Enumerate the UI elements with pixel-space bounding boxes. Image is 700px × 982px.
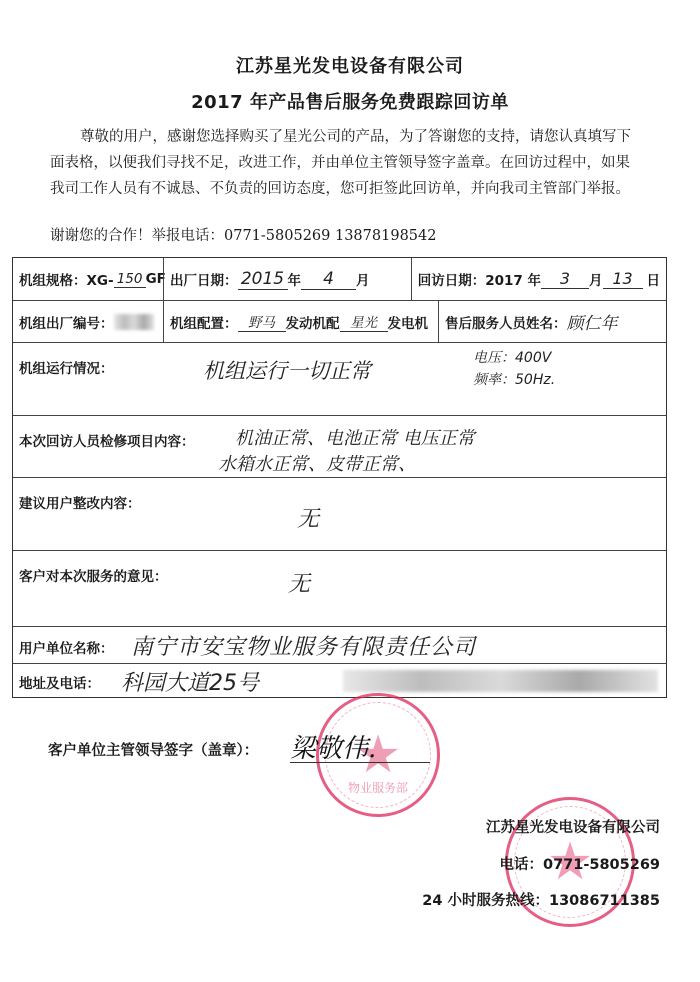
factory-year[interactable]: 2015 [238,269,288,290]
customer-label: 用户单位名称： [19,637,114,657]
visit-date-cell: 回访日期：2017 年 3 月 13 日 [411,258,666,300]
form-row-address: 地址及电话： 科园大道25号 [13,664,666,697]
generator-suffix: 发电机 [388,312,429,332]
config-cell: 机组配置： 野马 发动机配 星光 发电机 [163,301,438,342]
visit-day[interactable]: 13 [603,269,643,289]
visit-month-unit: 月 [589,269,603,289]
serial-label: 机组出厂编号： [19,312,114,332]
footer-company: 江苏星光发电设备有限公司 [486,816,660,837]
suggestion-value[interactable]: 无 [297,502,319,533]
customer-value[interactable]: 南宁市安宝物业服务有限责任公司 [131,630,476,661]
engine-suffix: 发动机配 [286,312,340,332]
form-title: 2017 年产品售后服务免费跟踪回访单 [0,88,700,114]
form-row-customer: 用户单位名称： 南宁市安宝物业服务有限责任公司 [13,627,666,664]
generator-brand[interactable]: 星光 [340,311,388,332]
visit-day-unit: 日 [647,269,661,289]
form-row-spec-dates: 机组规格：XG- 150 GF 出厂日期： 2015 年 4 月 回访日期：20… [13,258,666,301]
form-row-suggestion: 建议用户整改内容： 无 [13,478,666,551]
factory-date-cell: 出厂日期： 2015 年 4 月 [163,258,411,300]
customer-stamp-text: 物业服务部 [319,779,437,796]
intro-paragraph: 尊敬的用户，感谢您选择购买了星光公司的产品，为了答谢您的支持，请您认真填写下面表… [50,124,640,202]
factory-date-label: 出厂日期： [170,269,238,289]
company-title: 江苏星光发电设备有限公司 [0,52,700,78]
operation-value[interactable]: 机组运行一切正常 [203,355,371,385]
operation-voltage[interactable]: 电压：400V [473,347,551,367]
feedback-value[interactable]: 无 [288,567,310,598]
suggestion-label: 建议用户整改内容： [19,492,141,512]
serial-value-redacted [114,314,154,330]
form-row-inspection: 本次回访人员检修项目内容： 机油正常、电池正常 电压正常 水箱水正常、皮带正常、 [13,416,666,478]
visit-date-label: 回访日期：2017 年 [418,269,541,289]
spec-label: 机组规格：XG- [19,269,114,289]
phone-redacted [343,670,658,692]
spec-cell: 机组规格：XG- 150 GF [13,258,163,300]
spec-value[interactable]: 150 [114,271,146,288]
feedback-label: 客户对本次服务的意见： [19,565,168,585]
address-label: 地址及电话： [19,672,100,692]
service-form-table: 机组规格：XG- 150 GF 出厂日期： 2015 年 4 月 回访日期：20… [12,257,667,698]
signature[interactable]: 梁敬伟. [290,728,376,765]
inspection-line1[interactable]: 机油正常、电池正常 电压正常 [235,424,475,450]
form-row-serial-config: 机组出厂编号： 机组配置： 野马 发动机配 星光 发电机 售后服务人员姓名： 顾… [13,301,666,343]
footer-hotline: 24 小时服务热线：13086711385 [422,889,660,910]
thanks-line: 谢谢您的合作！举报电话：0771-5805269 13878198542 [50,224,436,245]
operation-frequency[interactable]: 频率：50Hz. [473,369,555,389]
engine-brand[interactable]: 野马 [238,311,286,332]
intro-text: 尊敬的用户，感谢您选择购买了星光公司的产品，为了答谢您的支持，请您认真填写下面表… [50,124,640,202]
operation-label: 机组运行情况： [19,357,114,377]
form-row-operation: 机组运行情况： 机组运行一切正常 电压：400V 频率：50Hz. [13,343,666,416]
year-unit: 年 [288,269,302,289]
config-label: 机组配置： [170,312,238,332]
staff-label: 售后服务人员姓名： [445,312,567,332]
signature-label: 客户单位主管领导签字（盖章）： [48,739,258,760]
inspection-line2[interactable]: 水箱水正常、皮带正常、 [218,450,416,476]
inspection-label: 本次回访人员检修项目内容： [19,430,195,450]
form-row-feedback: 客户对本次服务的意见： 无 [13,551,666,627]
factory-month[interactable]: 4 [301,269,356,290]
month-unit: 月 [356,269,370,289]
staff-cell: 售后服务人员姓名： 顾仁年 [438,301,666,342]
visit-month[interactable]: 3 [541,269,589,289]
serial-cell: 机组出厂编号： [13,301,163,342]
staff-name[interactable]: 顾仁年 [567,309,618,334]
address-value[interactable]: 科园大道25号 [121,666,259,697]
footer-phone: 电话：0771-5805269 [500,853,661,874]
